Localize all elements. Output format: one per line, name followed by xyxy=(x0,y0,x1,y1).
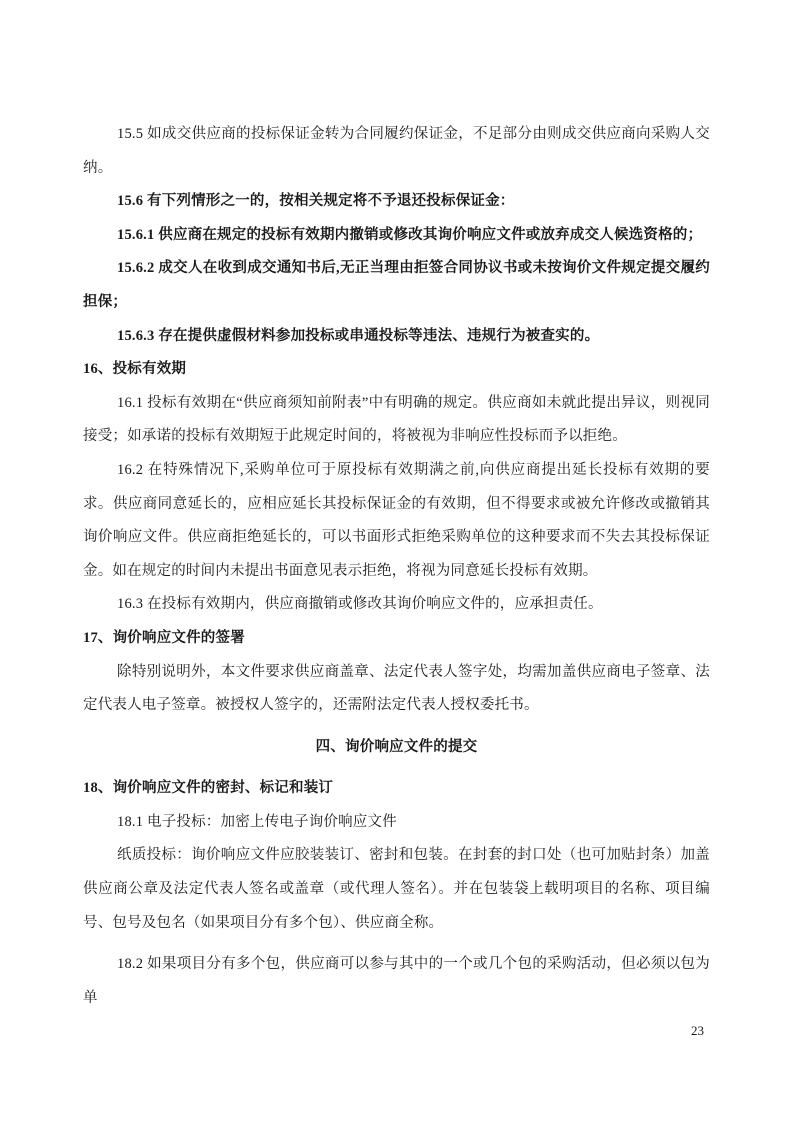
paragraph: 16.1 投标有效期在“供应商须知前附表”中有明确的规定。供应商如未就此提出异议… xyxy=(83,387,710,454)
paragraph: 纸质投标：询价响应文件应胶装装订、密封和包装。在封套的封口处（也可加贴封条）加盖… xyxy=(83,839,710,940)
page-number: 23 xyxy=(691,1022,704,1040)
paragraph: 15.6.1 供应商在规定的投标有效期内撤销或修改其询价响应文件或放弃成交人候选… xyxy=(83,219,710,253)
paragraph: 15.6.2 成交人在收到成交通知书后,无正当理由拒签合同协议书或未按询价文件规… xyxy=(83,252,710,319)
clause-heading: 17、询价响应文件的签署 xyxy=(83,622,710,656)
paragraph: 15.6.3 存在提供虚假材料参加投标或串通投标等违法、违规行为被查实的。 xyxy=(83,320,710,354)
clause-heading: 18、询价响应文件的密封、标记和装订 xyxy=(83,772,710,806)
paragraph: 18.1 电子投标：加密上传电子询价响应文件 xyxy=(83,806,710,840)
paragraph: 15.5 如成交供应商的投标保证金转为合同履约保证金，不足部分由则成交供应商向采… xyxy=(83,118,710,185)
document-page: 15.5 如成交供应商的投标保证金转为合同履约保证金，不足部分由则成交供应商向采… xyxy=(0,0,794,1122)
paragraph: 18.2 如果项目分有多个包，供应商可以参与其中的一个或几个包的采购活动，但必须… xyxy=(83,948,710,1015)
paragraph: 除特别说明外，本文件要求供应商盖章、法定代表人签字处，均需加盖供应商电子签章、法… xyxy=(83,656,710,723)
paragraph: 16.3 在投标有效期内，供应商撤销或修改其询价响应文件的，应承担责任。 xyxy=(83,588,710,622)
paragraph: 16.2 在特殊情况下,采购单位可于原投标有效期满之前,向供应商提出延长投标有效… xyxy=(83,454,710,588)
paragraph: 15.6 有下列情形之一的，按相关规定将不予退还投标保证金： xyxy=(83,185,710,219)
section-title: 四、询价响应文件的提交 xyxy=(83,731,710,765)
clause-heading: 16、投标有效期 xyxy=(83,353,710,387)
document-body: 15.5 如成交供应商的投标保证金转为合同履约保证金，不足部分由则成交供应商向采… xyxy=(83,118,710,1015)
